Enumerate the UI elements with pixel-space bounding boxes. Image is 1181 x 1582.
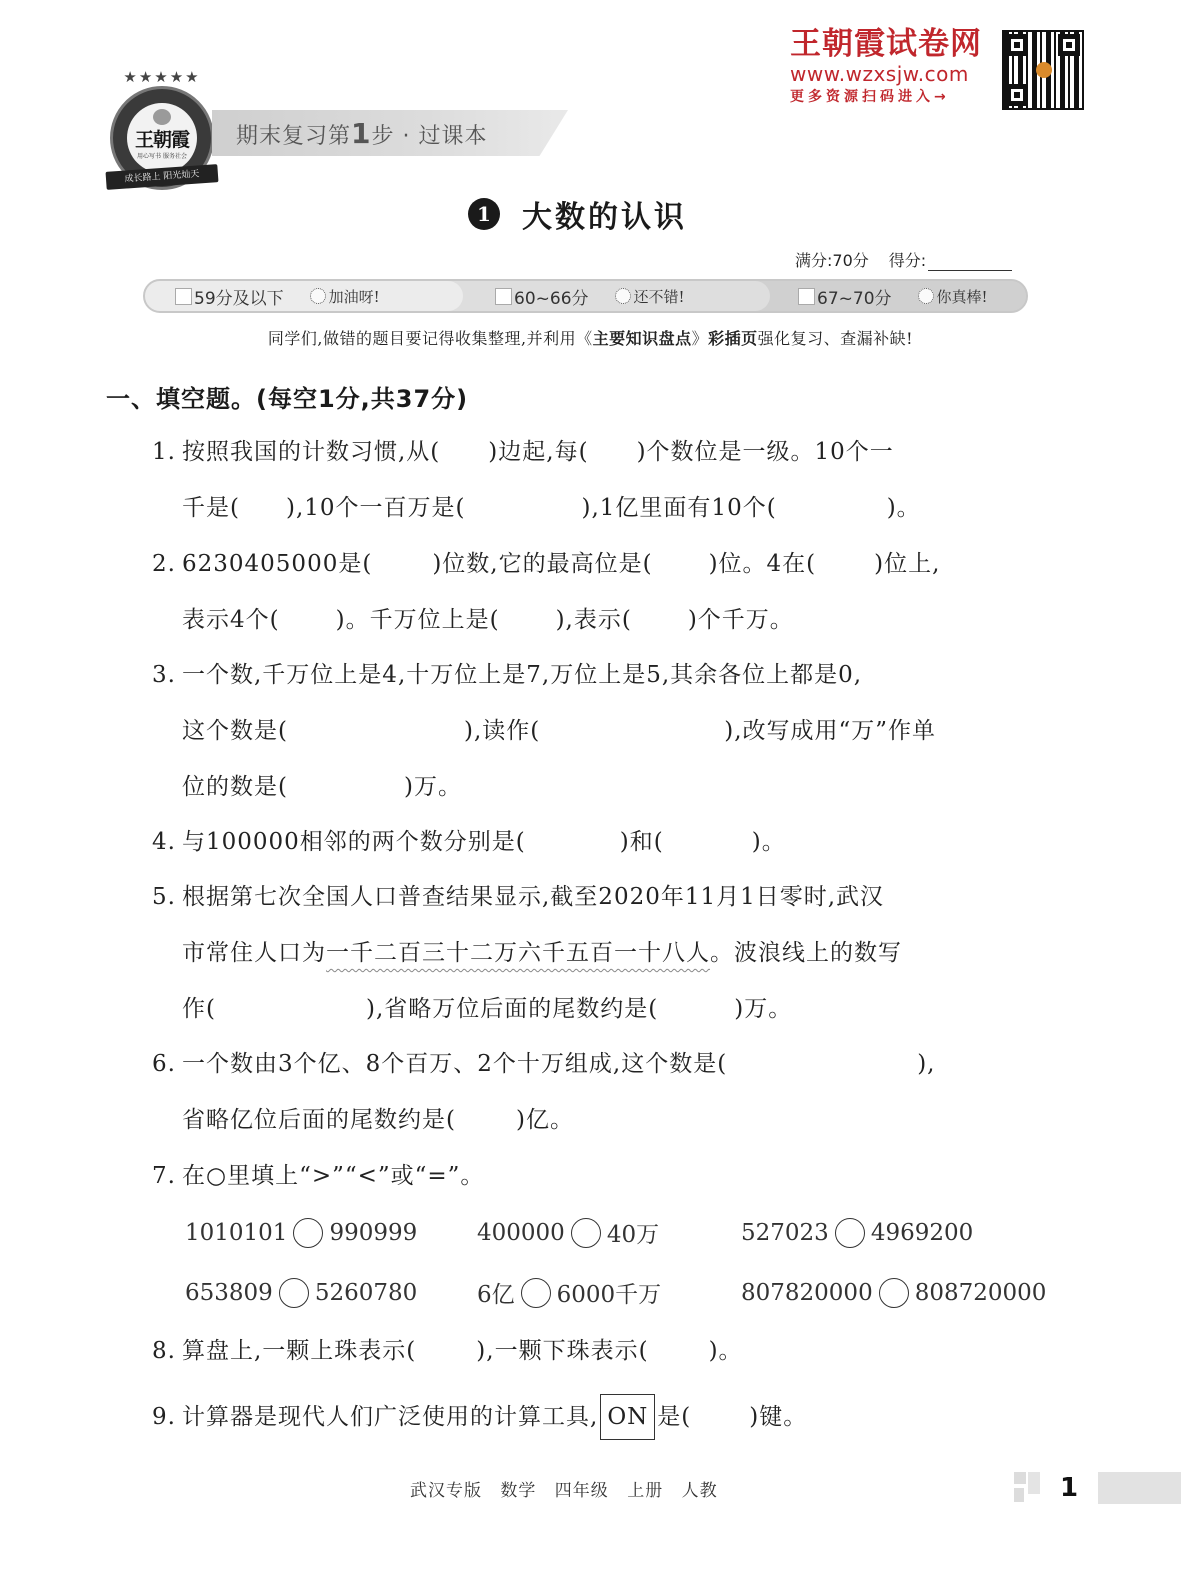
- compare-left: 400000: [477, 1220, 565, 1246]
- question-text: 一个数由3个亿、8个百万、2个十万组成,这个数是(: [182, 1051, 727, 1077]
- brand-block: 王朝霞试卷网 www.wzxsjw.com 更多资源扫码进入→: [790, 26, 1000, 108]
- question-text: 位的数是(: [182, 774, 288, 800]
- question-text: ),10个一百万是(: [286, 495, 466, 521]
- on-key-icon: ON: [600, 1394, 655, 1440]
- question-1: 1.按照我国的计数习惯,从()边起,每()个数位是一级。10个一 千是(),10…: [152, 424, 1072, 536]
- compare-left: 527023: [741, 1220, 829, 1246]
- grade-range: 59分及以下: [194, 284, 284, 309]
- lesson-number-badge: 1: [468, 198, 500, 230]
- question-4: 4.与100000相邻的两个数分别是()和()。: [152, 814, 1072, 870]
- question-number: 7.: [152, 1148, 182, 1204]
- question-text: 。波浪线上的数写: [710, 940, 902, 966]
- publisher-logo: ★★★★★ 王朝霞 用心写书 服务社会 成长路上 阳光灿天: [106, 68, 218, 192]
- question-text: ),1亿里面有10个(: [582, 495, 777, 521]
- grade-message: 你真棒!: [937, 286, 988, 307]
- qr-code-icon[interactable]: [1002, 30, 1084, 110]
- full-score: 满分:70分: [795, 248, 869, 271]
- compare-right: 5260780: [315, 1280, 417, 1306]
- lesson-title-text: 大数的认识: [522, 192, 687, 236]
- question-text: 作(: [182, 996, 216, 1022]
- comparison-row: 6538095260780 6亿6000千万 80782000080872000…: [185, 1276, 1046, 1309]
- question-text: 按照我国的计数习惯,从(: [182, 439, 440, 465]
- compare-right: 990999: [329, 1220, 417, 1246]
- question-text: 与100000相邻的两个数分别是(: [182, 829, 526, 855]
- grade-checkbox[interactable]: [495, 288, 512, 305]
- compare-circle[interactable]: [879, 1278, 909, 1308]
- comparison-item: 5270234969200: [741, 1216, 973, 1249]
- grade-checkbox[interactable]: [798, 288, 815, 305]
- step-number: 1: [351, 117, 371, 150]
- question-number: 4.: [152, 814, 182, 870]
- question-text: )位数,它的最高位是(: [432, 551, 652, 577]
- compare-circle[interactable]: [279, 1278, 309, 1308]
- question-text: )边起,每(: [488, 439, 588, 465]
- question-text: )。千万位上是(: [336, 607, 500, 633]
- tip-bold-knowledge: 主要知识盘点: [593, 329, 692, 348]
- step-suffix: 步 · 过课本: [372, 124, 488, 149]
- comparison-item: 1010101990999: [185, 1216, 477, 1249]
- compare-right: 808720000: [915, 1280, 1047, 1306]
- qr-logo-icon: [1036, 62, 1052, 78]
- comparison-item: 6亿6000千万: [477, 1276, 741, 1309]
- study-tip: 同学们,做错的题目要记得收集整理,并利用《主要知识盘点》彩插页强化复习、查漏补缺…: [0, 326, 1181, 349]
- logo-name: 王朝霞: [130, 125, 194, 152]
- comparison-item: 6538095260780: [185, 1276, 477, 1309]
- question-text: )。: [709, 1338, 743, 1364]
- question-9: 9.计算器是现代人们广泛使用的计算工具,ON是()键。: [152, 1389, 1072, 1445]
- grade-message: 还不错!: [634, 286, 685, 307]
- question-text: 表示4个(: [182, 607, 280, 633]
- cheer-face-icon: [310, 288, 326, 304]
- logo-inner: 王朝霞 用心写书 服务社会: [127, 103, 197, 173]
- tip-text: 强化复习、查漏补缺!: [758, 329, 913, 348]
- question-text: 省略亿位后面的尾数约是(: [182, 1107, 456, 1133]
- score-label: 得分:: [889, 248, 926, 271]
- page-number: 1: [1060, 1473, 1078, 1503]
- question-text: 市常住人口为: [182, 940, 326, 966]
- grade-range: 67~70分: [817, 284, 892, 309]
- question-8: 8.算盘上,一颗上珠表示(),一颗下珠表示()。: [152, 1323, 1072, 1379]
- compare-right: 6000千万: [557, 1276, 662, 1309]
- tip-text: 同学们,做错的题目要记得收集整理,并利用《: [268, 329, 593, 348]
- question-text: 这个数是(: [182, 718, 288, 744]
- question-number: 5.: [152, 869, 182, 925]
- question-text: )。: [752, 829, 786, 855]
- question-number: 8.: [152, 1323, 182, 1379]
- question-text: )和(: [620, 829, 664, 855]
- comparison-row: 1010101990999 40000040万 5270234969200: [185, 1216, 973, 1249]
- question-3: 3.一个数,千万位上是4,十万位上是7,万位上是5,其余各位上都是0, 这个数是…: [152, 647, 1072, 815]
- section-heading: 一、填空题。(每空1分,共37分): [106, 379, 468, 414]
- question-text: )万。: [404, 774, 462, 800]
- question-text: 一个数,千万位上是4,十万位上是7,万位上是5,其余各位上都是0,: [182, 662, 862, 688]
- compare-circle[interactable]: [293, 1218, 323, 1248]
- question-text: ),一颗下珠表示(: [476, 1338, 648, 1364]
- grade-level-2: 60~66分 还不错!: [435, 281, 770, 311]
- lesson-title: 1 大数的认识: [468, 192, 687, 236]
- score-field[interactable]: [928, 253, 1012, 271]
- compare-circle[interactable]: [521, 1278, 551, 1308]
- footer-edition: 武汉专版 数学 四年级 上册 人教: [410, 1476, 718, 1501]
- brand-title: 王朝霞试卷网: [790, 26, 1000, 62]
- question-text: 在○里填上“>”“<”或“=”。: [182, 1163, 484, 1189]
- score-line: 满分:70分 得分:: [795, 248, 1012, 271]
- grade-checkbox[interactable]: [175, 288, 192, 305]
- grade-bar: 59分及以下 加油呀! 60~66分 还不错! 67~70分 你真棒!: [143, 279, 1028, 313]
- question-text: )个千万。: [688, 607, 794, 633]
- wavy-underlined-number: 一千二百三十二万六千五百一十八人: [326, 940, 710, 966]
- brand-url[interactable]: www.wzxsjw.com: [790, 62, 1000, 86]
- smile-face-icon: [615, 288, 631, 304]
- question-text: ),读作(: [464, 718, 540, 744]
- question-number: 9.: [152, 1389, 182, 1445]
- step-banner: 期末复习第1步 · 过课本: [236, 117, 487, 150]
- brand-more: 更多资源扫码进入→: [790, 86, 1000, 108]
- question-5: 5.根据第七次全国人口普查结果显示,截至2020年11月1日零时,武汉 市常住人…: [152, 869, 1072, 1037]
- step-prefix: 期末复习第: [236, 124, 351, 149]
- compare-circle[interactable]: [571, 1218, 601, 1248]
- tip-bold-color-page: 彩插页: [708, 329, 758, 348]
- question-text: )万。: [734, 996, 792, 1022]
- grade-range: 60~66分: [514, 284, 589, 309]
- question-text: ),改写成用“万”作单: [724, 718, 936, 744]
- portrait-icon: [153, 109, 171, 125]
- grade-level-3: 67~70分 你真棒!: [742, 281, 1026, 311]
- question-text: 6230405000是(: [182, 551, 372, 577]
- logo-subtitle: 用心写书 服务社会: [129, 151, 195, 160]
- question-text: )位上,: [874, 551, 940, 577]
- question-text: )。: [887, 495, 921, 521]
- qr-finder: [1006, 34, 1028, 56]
- tip-text: 》: [692, 329, 709, 348]
- question-text: 算盘上,一颗上珠表示(: [182, 1338, 416, 1364]
- question-text: 根据第七次全国人口普查结果显示,截至2020年11月1日零时,武汉: [182, 884, 884, 910]
- logo-stars: ★★★★★: [112, 68, 212, 86]
- question-number: 1.: [152, 424, 182, 480]
- question-text: ),省略万位后面的尾数约是(: [366, 996, 658, 1022]
- compare-left: 6亿: [477, 1276, 515, 1309]
- question-text: ),: [917, 1051, 935, 1077]
- qr-finder: [1006, 84, 1028, 106]
- comparison-item: 40000040万: [477, 1216, 741, 1249]
- question-text: 是(: [657, 1404, 691, 1430]
- compare-circle[interactable]: [835, 1218, 865, 1248]
- page-number-decoration: [1014, 1472, 1181, 1506]
- happy-face-icon: [918, 288, 934, 304]
- compare-right: 40万: [607, 1216, 659, 1249]
- question-text: )键。: [749, 1404, 807, 1430]
- grade-level-1: 59分及以下 加油呀!: [145, 281, 463, 311]
- compare-left: 653809: [185, 1280, 273, 1306]
- question-text: )个数位是一级。10个一: [637, 439, 894, 465]
- question-text: ),表示(: [556, 607, 632, 633]
- comparison-item: 807820000808720000: [741, 1276, 1046, 1309]
- compare-left: 1010101: [185, 1220, 287, 1246]
- grade-message: 加油呀!: [329, 286, 380, 307]
- question-text: )亿。: [516, 1107, 574, 1133]
- question-number: 3.: [152, 647, 182, 703]
- question-number: 2.: [152, 536, 182, 592]
- compare-left: 807820000: [741, 1280, 873, 1306]
- question-number: 6.: [152, 1036, 182, 1092]
- qr-finder: [1058, 34, 1080, 56]
- question-2: 2.6230405000是()位数,它的最高位是()位。4在()位上, 表示4个…: [152, 536, 1072, 648]
- compare-right: 4969200: [871, 1220, 973, 1246]
- question-7: 7.在○里填上“>”“<”或“=”。: [152, 1148, 1072, 1204]
- question-text: 千是(: [182, 495, 240, 521]
- question-text: )位。4在(: [709, 551, 817, 577]
- question-text: 计算器是现代人们广泛使用的计算工具,: [182, 1404, 598, 1430]
- question-6: 6.一个数由3个亿、8个百万、2个十万组成,这个数是(), 省略亿位后面的尾数约…: [152, 1036, 1072, 1148]
